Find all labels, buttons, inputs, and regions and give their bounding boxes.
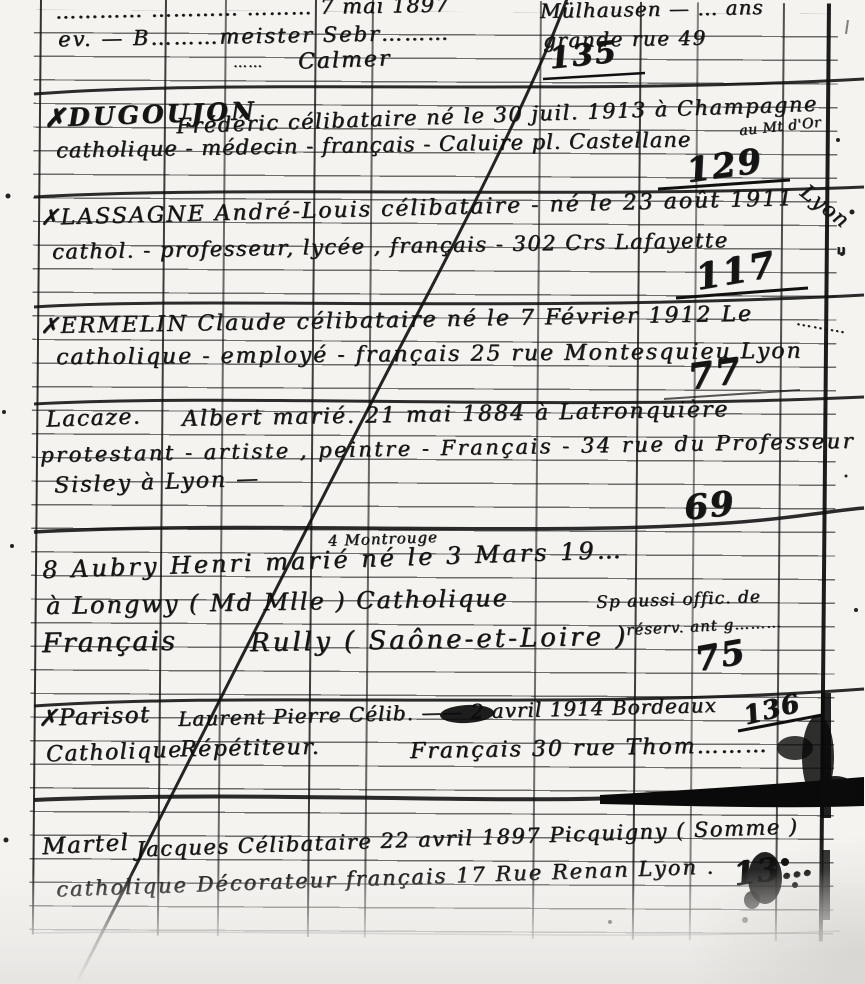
- entry-martel-cell-number: 13…: [731, 848, 814, 891]
- entry-lacaze-line-3: Sisley à Lyon —: [54, 468, 261, 497]
- entry-parisot-cell-number: 136: [741, 690, 803, 729]
- entry-lacaze-cell-number: 69: [682, 486, 737, 525]
- entry-lassagne-cell-number: 117: [692, 246, 778, 296]
- entry-ermelin-line-1: ………: [795, 312, 848, 337]
- entry-lassagne-line-2: cathol. - professeur, lycée , français -…: [52, 230, 729, 263]
- entry-aubry-line-2: à Longwy ( Md Mlle ) Catholique: [46, 586, 509, 618]
- entry-aubry-cell-number: 75: [692, 635, 748, 677]
- entry-ermelin-cell-number: 77: [686, 352, 745, 395]
- entry-parisot-line-4: Répétiteur.: [180, 737, 321, 761]
- entry-unknown-top-line-4: ……: [233, 56, 263, 70]
- entry-dugoujon-line-3: catholique - médecin - français - Caluir…: [56, 129, 692, 161]
- entry-lassagne-line-3: ": [835, 245, 847, 271]
- entry-parisot-line-3: Catholique: [46, 740, 183, 767]
- entry-lacaze-line-1: Albert marié. 21 mai 1884 à Latronquière: [182, 399, 730, 431]
- entry-lacaze-line-0: Lacaze.: [46, 406, 142, 431]
- entry-aubry-line-5: Français: [42, 628, 177, 657]
- entry-unknown-top-line-5: Calmer: [298, 48, 392, 73]
- entry-lacaze-line-2: protestant - artiste , peintre - Françai…: [40, 431, 855, 466]
- entry-dugoujon-line-2: au Mt d'Or: [738, 116, 821, 139]
- entry-aubry-line-3: Sp aussi offic. de: [596, 589, 761, 612]
- entry-martel-line-1: Jacques Célibataire 22 avril 1897 Picqui…: [136, 816, 799, 860]
- entry-martel-line-2: catholique Décorateur français 17 Rue Re…: [56, 857, 716, 901]
- entry-parisot-line-5: Français 30 rue Thom………: [410, 735, 769, 763]
- entry-unknown-top-cell-number: 135: [548, 37, 619, 74]
- entry-parisot-line-0: ✗Parisot: [38, 704, 151, 731]
- entry-lassagne-line-0: ✗LASSAGNE André-Louis célibataire - né l…: [40, 188, 794, 230]
- entry-parisot-line-1: Laurent Pierre Célib. —— 2 avril 1914 Bo…: [178, 695, 717, 729]
- entry-unknown-top-line-0: ………… ………… ……… 7 mai 1897: [55, 0, 450, 22]
- handwriting-layer: ………… ………… ……… 7 mai 1897Mülhausen — … an…: [0, 0, 865, 984]
- entry-ermelin-line-0: ✗ERMELIN Claude célibataire né le 7 Févr…: [40, 304, 753, 338]
- entry-aubry-line-4: réserv. ant g………: [626, 615, 783, 638]
- entry-aubry-line-6: Rully ( Saône-et-Loire ): [250, 624, 629, 657]
- entry-unknown-top-line-1: Mülhausen — … ans: [540, 0, 764, 21]
- entry-dugoujon-cell-number: 129: [684, 144, 765, 188]
- ledger-scan-page: ………… ………… ……… 7 mai 1897Mülhausen — … an…: [0, 0, 865, 984]
- entry-unknown-top-line-2: ev. — B………meister Sebr………: [58, 23, 450, 51]
- entry-martel-line-0: Martel: [41, 832, 130, 860]
- entry-lassagne-line-1: Lyon: [796, 181, 853, 232]
